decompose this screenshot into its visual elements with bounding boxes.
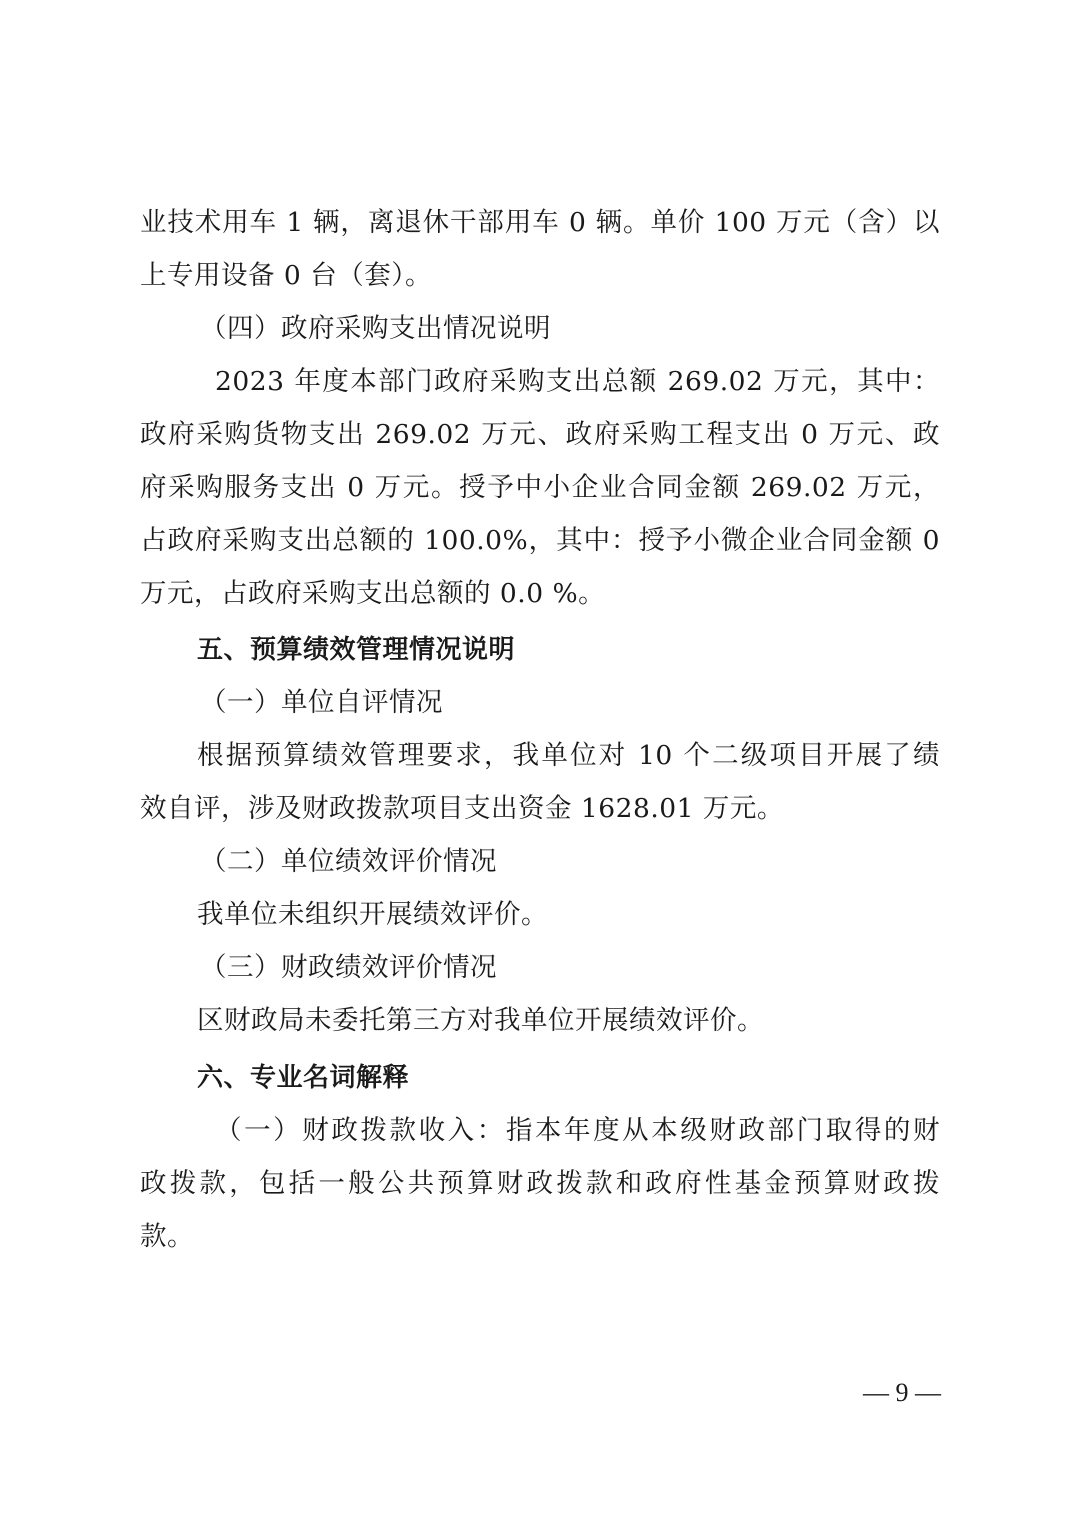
paragraph-line: 上专用设备 0 台（套）。 [140,256,940,296]
heading-glossary: 六、专业名词解释 [197,1058,997,1098]
subheading-unit-evaluation: （二）单位绩效评价情况 [200,842,1000,882]
paragraph-line: 款。 [140,1217,940,1257]
heading-budget-performance: 五、预算绩效管理情况说明 [197,630,997,670]
paragraph-line: 根据预算绩效管理要求，我单位对 10 个二级项目开展了绩 [197,736,940,776]
subheading-fiscal-evaluation: （三）财政绩效评价情况 [200,948,1000,988]
paragraph-line: 万元，占政府采购支出总额的 0.0 %。 [140,574,940,614]
paragraph-line: 区财政局未委托第三方对我单位开展绩效评价。 [197,1001,940,1041]
paragraph-line: 业技术用车 1 辆，离退休干部用车 0 辆。单价 100 万元（含）以 [140,203,940,243]
paragraph-line: （一）财政拨款收入：指本年度从本级财政部门取得的财 [215,1111,940,1151]
paragraph-line: 效自评，涉及财政拨款项目支出资金 1628.01 万元。 [140,789,940,829]
paragraph-line: 府采购服务支出 0 万元。授予中小企业合同金额 269.02 万元， [140,468,940,508]
paragraph-line: 我单位未组织开展绩效评价。 [197,895,940,935]
subheading-self-evaluation: （一）单位自评情况 [200,683,1000,723]
page-number: — 9 — [862,1378,942,1408]
subheading-government-procurement: （四）政府采购支出情况说明 [200,309,1000,349]
paragraph-line: 占政府采购支出总额的 100.0%，其中：授予小微企业合同金额 0 [140,521,940,561]
document-page: 业技术用车 1 辆，离退休干部用车 0 辆。单价 100 万元（含）以 上专用设… [0,0,1075,1520]
paragraph-line: 2023 年度本部门政府采购支出总额 269.02 万元，其中： [215,362,940,402]
paragraph-line: 政拨款，包括一般公共预算财政拨款和政府性基金预算财政拨 [140,1164,940,1204]
paragraph-line: 政府采购货物支出 269.02 万元、政府采购工程支出 0 万元、政 [140,415,940,455]
